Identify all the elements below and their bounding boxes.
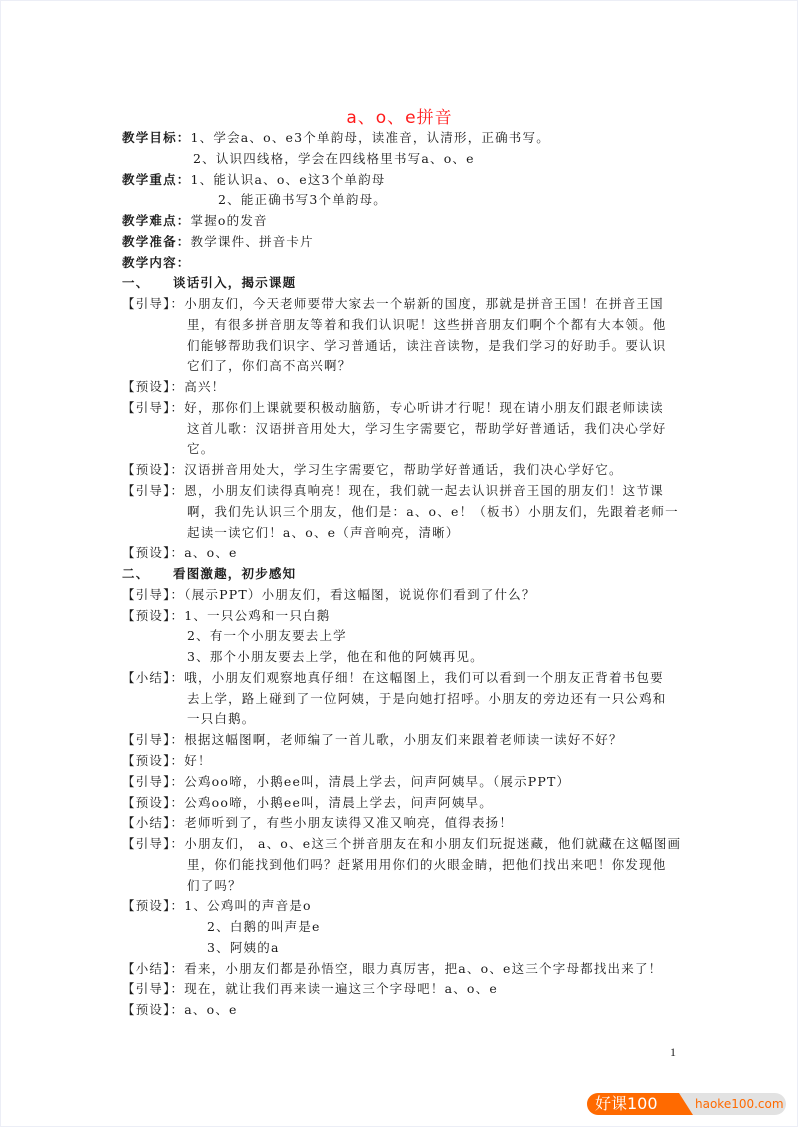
- entry-text-continuation: 它。: [122, 439, 722, 460]
- entry-text: 公鸡oo啼，小鹅ee叫，清晨上学去，问声阿姨早。: [184, 795, 493, 810]
- entry-guide: 【引导】：（展示PPT）小朋友们，看这幅图，说说你们看到了什么？: [122, 585, 722, 606]
- entry-list-item: 3、阿姨的a: [122, 938, 722, 959]
- field-value: 掌握o的发音: [191, 213, 268, 228]
- entry-preset: 【预设】：公鸡oo啼，小鹅ee叫，清晨上学去，问声阿姨早。: [122, 793, 722, 814]
- entry-guide: 【引导】：好，那你们上课就要积极动脑筋，专心听讲才行呢！现在请小朋友们跟老师读读: [122, 398, 722, 419]
- entry-text-continuation: 起读一读它们！a、o、e（声音响亮，清晰）: [122, 523, 722, 544]
- entry-guide: 【引导】：根据这幅图啊，老师编了一首儿歌，小朋友们来跟着老师读一读好不好？: [122, 730, 722, 751]
- entry-label: 【引导】：: [122, 981, 184, 996]
- section-number: 一、: [122, 273, 173, 294]
- entry-guide: 【引导】：小朋友们， a、o、e这三个拼音朋友在和小朋友们玩捉迷藏，他们就藏在这…: [122, 834, 722, 855]
- entry-label: 【引导】：: [122, 483, 184, 498]
- field-label: 教学难点：: [122, 213, 191, 228]
- entry-guide: 【引导】：恩，小朋友们读得真响亮！现在，我们就一起去认识拼音王国的朋友们！这节课: [122, 481, 722, 502]
- page-number: 1: [670, 1045, 676, 1060]
- entry-label: 【引导】：: [122, 836, 184, 851]
- entry-text-continuation: 去上学，路上碰到了一位阿姨，于是向她打招呼。小朋友的旁边还有一只公鸡和: [122, 689, 722, 710]
- entry-label: 【引导】：: [122, 774, 184, 789]
- field-value: 1、能认识a、o、e这3个单韵母: [191, 172, 386, 187]
- entry-label: 【引导】：: [122, 587, 184, 602]
- field-preparation: 教学准备：教学课件、拼音卡片: [122, 232, 722, 253]
- entry-text: 1、公鸡叫的声音是o: [184, 898, 311, 913]
- field-label: 教学内容：: [122, 255, 191, 270]
- field-label: 教学准备：: [122, 234, 191, 249]
- entry-label: 【预设】：: [122, 462, 184, 477]
- entry-text-continuation: 它们了，你们高不高兴啊？: [122, 356, 722, 377]
- section-title: 谈话引入，揭示课题: [173, 275, 296, 290]
- entry-label: 【预设】：: [122, 795, 184, 810]
- entry-text: 哦，小朋友们观察地真仔细！在这幅图上，我们可以看到一个朋友正背着书包要: [184, 670, 664, 685]
- entry-text: 小朋友们， a、o、e这三个拼音朋友在和小朋友们玩捉迷藏，他们就藏在这幅图画: [184, 836, 681, 851]
- entry-text-continuation: 们了吗？: [122, 876, 722, 897]
- field-label: 教学目标：: [122, 130, 191, 145]
- entry-text-continuation: 里，有很多拼音朋友等着和我们认识呢！这些拼音朋友们啊个个都有大本领。他: [122, 315, 722, 336]
- field-difficulty: 教学难点：掌握o的发音: [122, 211, 722, 232]
- field-content: 教学内容：: [122, 253, 722, 274]
- document-page: a、o、e拼音 教学目标：1、学会a、o、e3个单韵母，读准音，认清形，正确书写…: [0, 0, 798, 1127]
- entry-label: 【引导】：: [122, 732, 184, 747]
- entry-list-item: 2、白鹅的叫声是e: [122, 917, 722, 938]
- field-label: 教学重点：: [122, 172, 191, 187]
- entry-text: 高兴！: [184, 379, 225, 394]
- entry-list-item: 2、有一个小朋友要去上学: [122, 626, 722, 647]
- watermark-url: haoke100.com: [695, 1093, 783, 1115]
- section-heading: 二、看图激趣，初步感知: [122, 564, 722, 585]
- entry-label: 【小结】：: [122, 961, 184, 976]
- entry-label: 【预设】：: [122, 898, 184, 913]
- entry-label: 【预设】：: [122, 608, 184, 623]
- entry-text: 现在，就让我们再来读一遍这三个字母吧！a、o、e: [184, 981, 498, 996]
- section-title: 看图激趣，初步感知: [173, 566, 296, 581]
- entry-label: 【引导】：: [122, 400, 184, 415]
- section-number: 二、: [122, 564, 173, 585]
- watermark-brand: 好课100: [587, 1093, 693, 1115]
- entry-preset: 【预设】：汉语拼音用处大，学习生字需要它，帮助学好普通话，我们决心学好它。: [122, 460, 722, 481]
- watermark-badge: 好课100 haoke100.com: [587, 1093, 786, 1115]
- entry-text: 公鸡oo啼，小鹅ee叫，清晨上学去，问声阿姨早。（展示PPT）: [184, 774, 570, 789]
- field-value: 1、学会a、o、e3个单韵母，读准音，认清形，正确书写。: [191, 130, 550, 145]
- field-value-continuation: 2、能正确书写3个单韵母。: [122, 190, 722, 211]
- section-heading: 一、谈话引入，揭示课题: [122, 273, 722, 294]
- entry-text: a、o、e: [184, 1002, 237, 1017]
- entry-text: 恩，小朋友们读得真响亮！现在，我们就一起去认识拼音王国的朋友们！这节课: [184, 483, 664, 498]
- entry-text: （展示PPT）小朋友们，看这幅图，说说你们看到了什么？: [184, 587, 535, 602]
- field-value-continuation: 2、认识四线格，学会在四线格里书写a、o、e: [122, 149, 722, 170]
- entry-summary: 【小结】：老师听到了，有些小朋友读得又准又响亮，值得表扬！: [122, 813, 722, 834]
- entry-preset: 【预设】：a、o、e: [122, 543, 722, 564]
- entry-text-continuation: 一只白鹅。: [122, 709, 722, 730]
- entry-label: 【预设】：: [122, 753, 184, 768]
- entry-text: 小朋友们，今天老师要带大家去一个崭新的国度，那就是拼音王国！在拼音王国: [184, 296, 664, 311]
- entry-text: 汉语拼音用处大，学习生字需要它，帮助学好普通话，我们决心学好它。: [184, 462, 622, 477]
- entry-summary: 【小结】：哦，小朋友们观察地真仔细！在这幅图上，我们可以看到一个朋友正背着书包要: [122, 668, 722, 689]
- entry-label: 【预设】：: [122, 1002, 184, 1017]
- field-value: 教学课件、拼音卡片: [191, 234, 314, 249]
- entry-summary: 【小结】：看来，小朋友们都是孙悟空，眼力真厉害，把a、o、e这三个字母都找出来了…: [122, 959, 722, 980]
- entry-list-item: 3、那个小朋友要去上学，他在和他的阿姨再见。: [122, 647, 722, 668]
- entry-preset: 【预设】：1、公鸡叫的声音是o: [122, 896, 722, 917]
- entry-text: 根据这幅图啊，老师编了一首儿歌，小朋友们来跟着老师读一读好不好？: [184, 732, 622, 747]
- entry-guide: 【引导】：小朋友们，今天老师要带大家去一个崭新的国度，那就是拼音王国！在拼音王国: [122, 294, 722, 315]
- document-body: 教学目标：1、学会a、o、e3个单韵母，读准音，认清形，正确书写。 2、认识四线…: [122, 128, 722, 1021]
- entry-preset: 【预设】：高兴！: [122, 377, 722, 398]
- entry-label: 【预设】：: [122, 379, 184, 394]
- entry-preset: 【预设】：好！: [122, 751, 722, 772]
- entry-text-continuation: 里，你们能找到他们吗？赶紧用用你们的火眼金睛，把他们找出来吧！你发现他: [122, 855, 722, 876]
- entry-label: 【小结】：: [122, 815, 184, 830]
- entry-text: 老师听到了，有些小朋友读得又准又响亮，值得表扬！: [184, 815, 513, 830]
- entry-text: a、o、e: [184, 545, 237, 560]
- entry-guide: 【引导】：公鸡oo啼，小鹅ee叫，清晨上学去，问声阿姨早。（展示PPT）: [122, 772, 722, 793]
- entry-text: 看来，小朋友们都是孙悟空，眼力真厉害，把a、o、e这三个字母都找出来了！: [184, 961, 662, 976]
- entry-preset: 【预设】：1、一只公鸡和一只白鹅: [122, 606, 722, 627]
- document-title: a、o、e拼音: [122, 107, 677, 129]
- field-teaching-goals: 教学目标：1、学会a、o、e3个单韵母，读准音，认清形，正确书写。: [122, 128, 722, 149]
- entry-text: 好，那你们上课就要积极动脑筋，专心听讲才行呢！现在请小朋友们跟老师读读: [184, 400, 664, 415]
- entry-label: 【引导】：: [122, 296, 184, 311]
- entry-label: 【预设】：: [122, 545, 184, 560]
- entry-text: 1、一只公鸡和一只白鹅: [184, 608, 330, 623]
- entry-label: 【小结】：: [122, 670, 184, 685]
- entry-text-continuation: 这首儿歌：汉语拼音用处大，学习生字需要它，帮助学好普通话，我们决心学好: [122, 419, 722, 440]
- entry-preset: 【预设】：a、o、e: [122, 1000, 722, 1021]
- entry-text-continuation: 啊，我们先认识三个朋友，他们是：a、o、e！（板书）小朋友们，先跟着老师一: [122, 502, 722, 523]
- entry-guide: 【引导】：现在，就让我们再来读一遍这三个字母吧！a、o、e: [122, 979, 722, 1000]
- entry-text-continuation: 们能够帮助我们识字、学习普通话，读注音读物，是我们学习的好助手。要认识: [122, 336, 722, 357]
- entry-text: 好！: [184, 753, 211, 768]
- field-key-points: 教学重点：1、能认识a、o、e这3个单韵母: [122, 170, 722, 191]
